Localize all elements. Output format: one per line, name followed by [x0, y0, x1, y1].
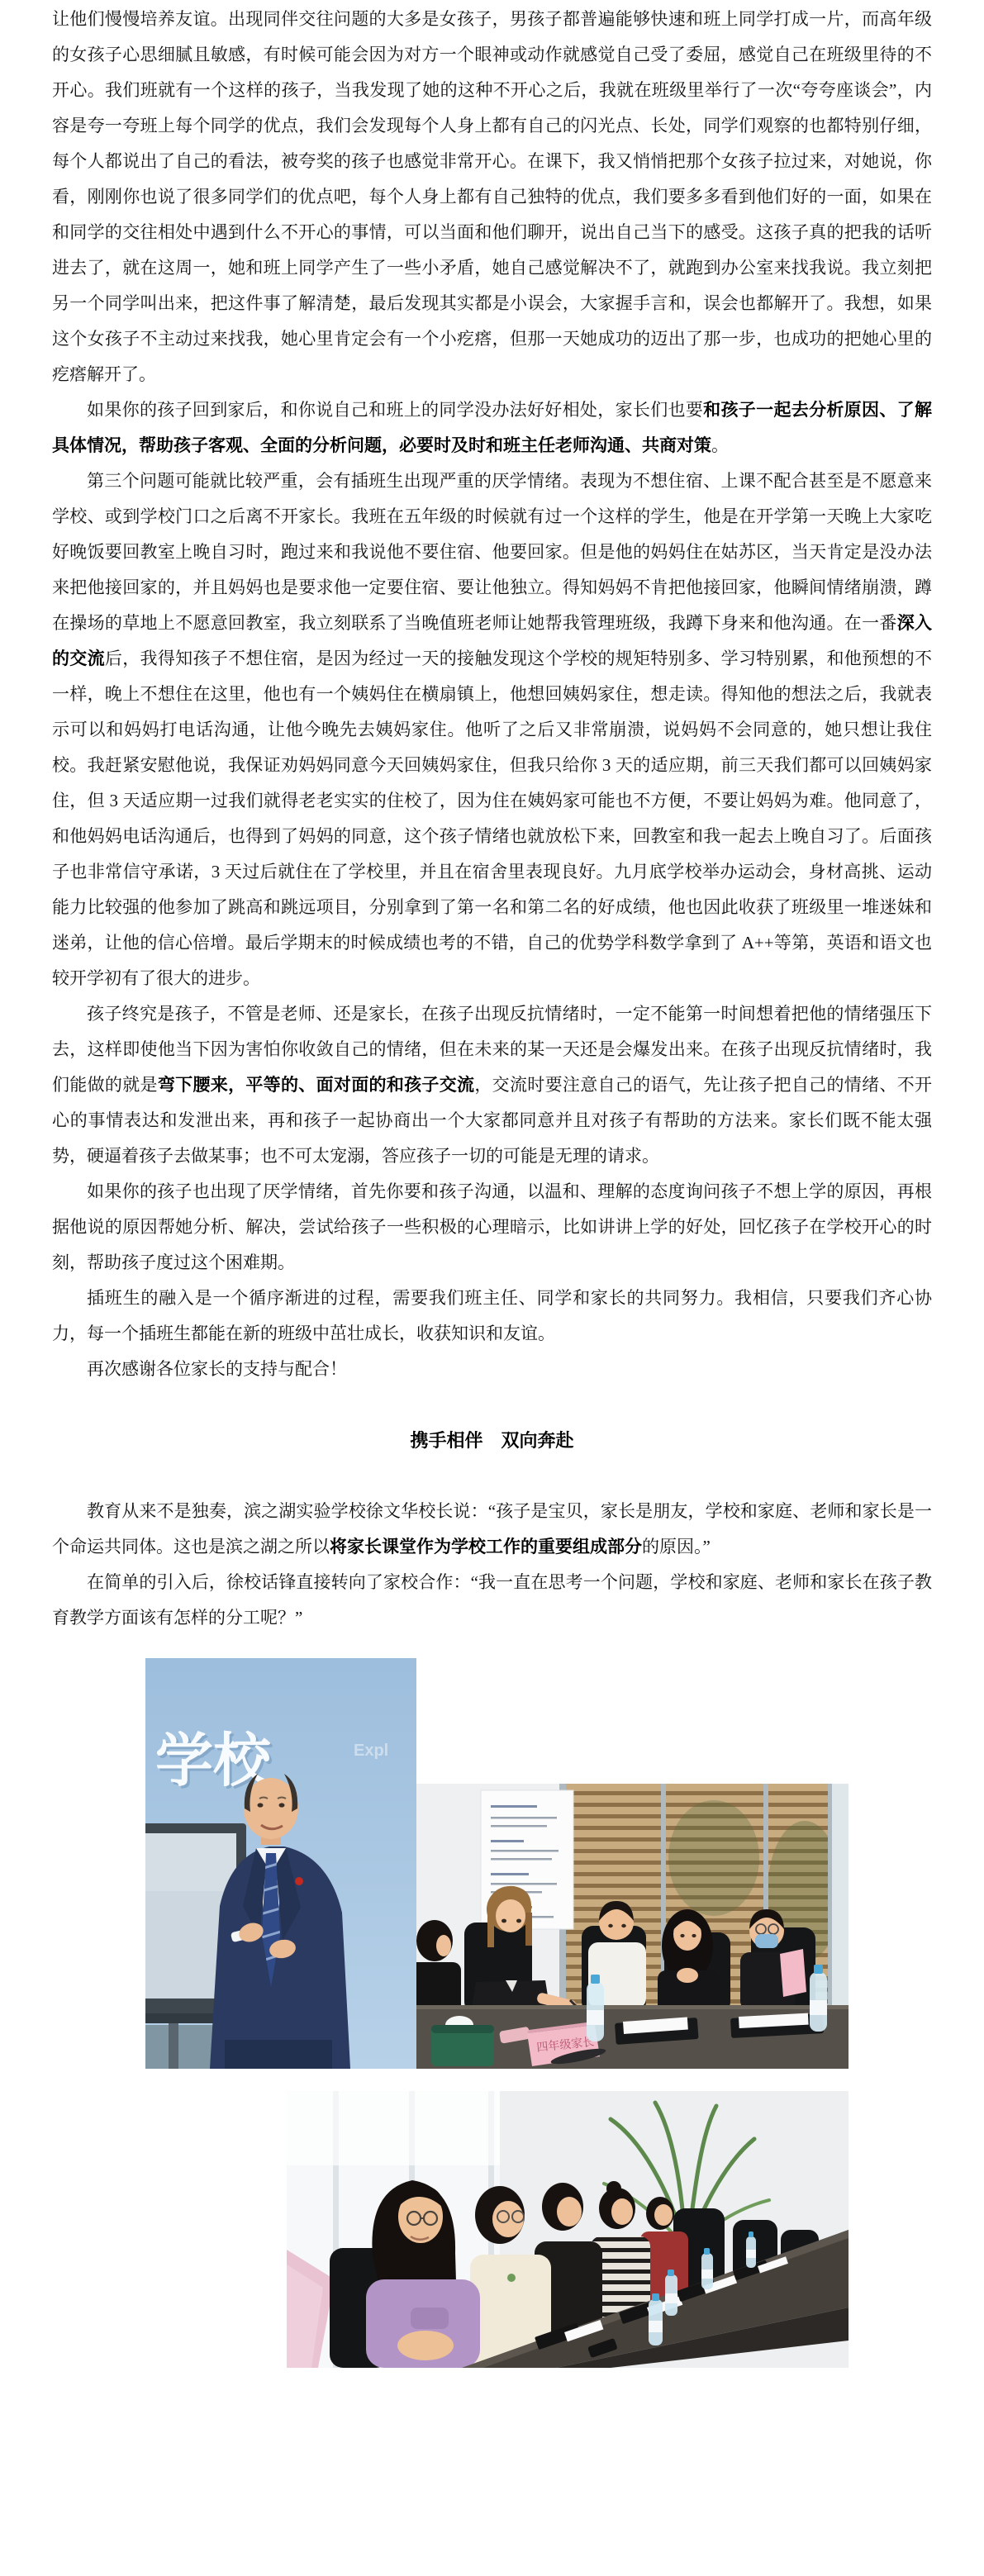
- text-run: 让他们慢慢培养友谊。出现同伴交往问题的大多是女孩子，男孩子都普遍能够快速和班上同…: [52, 9, 932, 384]
- svg-text:学校: 学校: [155, 1728, 273, 1793]
- photo-row-2: [287, 2091, 984, 2368]
- paragraph-7: 再次感谢各位家长的支持与配合！: [52, 1352, 932, 1387]
- article-page: 让他们慢慢培养友谊。出现同伴交往问题的大多是女孩子，男孩子都普遍能够快速和班上同…: [0, 0, 984, 2422]
- paragraph-5: 如果你的孩子也出现了厌学情绪，首先你要和孩子沟通，以温和、理解的态度询问孩子不想…: [52, 1174, 932, 1281]
- photo-row-1: 学校 学校 Expl: [145, 1658, 984, 2069]
- text-run: 。: [711, 435, 729, 455]
- text-run: 的原因。”: [642, 1537, 711, 1557]
- paragraph-3: 第三个问题可能就比较严重，会有插班生出现严重的厌学情绪。表现为不想住宿、上课不配…: [52, 463, 932, 996]
- water-bottle: [587, 1975, 604, 2041]
- bold-run: 弯下腰来，平等的、面对面的和孩子交流: [158, 1075, 475, 1095]
- standing-name-card: [780, 1949, 806, 1997]
- paragraph-2: 如果你的孩子回到家后，和你说自己和班上的同学没办法好好相处，家长们也要和孩子一起…: [52, 392, 932, 463]
- paragraph-6: 插班生的融入是一个循序渐进的过程，需要我们班主任、同学和家长的共同努力。我相信，…: [52, 1281, 932, 1352]
- text-run: 如果你的孩子也出现了厌学情绪，首先你要和孩子沟通，以温和、理解的态度询问孩子不想…: [52, 1181, 932, 1272]
- paragraph-4: 孩子终究是孩子，不管是老师、还是家长，在孩子出现反抗情绪时，一定不能第一时间想着…: [52, 996, 932, 1174]
- text-run: 在简单的引入后，徐校话锋直接转向了家校合作：“我一直在思考一个问题，学校和家庭、…: [52, 1572, 932, 1628]
- section-heading: 携手相伴 双向奔赴: [52, 1423, 932, 1458]
- text-run: 第三个问题可能就比较严重，会有插班生出现严重的厌学情绪。表现为不想住宿、上课不配…: [52, 471, 932, 633]
- text-run: 如果你的孩子回到家后，和你说自己和班上的同学没办法好好相处，家长们也要: [87, 400, 703, 420]
- paragraph-8: 教育从来不是独奏，滨之湖实验学校徐文华校长说：“孩子是宝贝，家长是朋友，学校和家…: [52, 1494, 932, 1565]
- lapel-pin: [295, 1877, 303, 1885]
- paragraph-1: 让他们慢慢培养友谊。出现同伴交往问题的大多是女孩子，男孩子都普遍能够快速和班上同…: [52, 2, 932, 392]
- bold-run: 将家长课堂作为学校工作的重要组成部分: [330, 1537, 642, 1557]
- photo-parents-listening: 四年级家长: [416, 1784, 849, 2069]
- text-run: 后，我得知孩子不想住宿，是因为经过一天的接触发现这个学校的规矩特别多、学习特别累…: [52, 649, 932, 988]
- water-bottle: [810, 1965, 827, 2032]
- text-run: 插班生的融入是一个循序渐进的过程，需要我们班主任、同学和家长的共同努力。我相信，…: [52, 1288, 932, 1343]
- text-run: 再次感谢各位家长的支持与配合！: [87, 1359, 347, 1379]
- photo-principal-speaking: 学校 学校 Expl: [145, 1658, 416, 2069]
- paragraph-9: 在简单的引入后，徐校话锋直接转向了家校合作：“我一直在思考一个问题，学校和家庭、…: [52, 1565, 932, 1636]
- photo-parents-at-table: [287, 2091, 984, 2368]
- wall-english-text: Expl: [354, 1742, 388, 1760]
- article-body: 让他们慢慢培养友谊。出现同伴交往问题的大多是女孩子，男孩子都普遍能够快速和班上同…: [0, 0, 984, 1636]
